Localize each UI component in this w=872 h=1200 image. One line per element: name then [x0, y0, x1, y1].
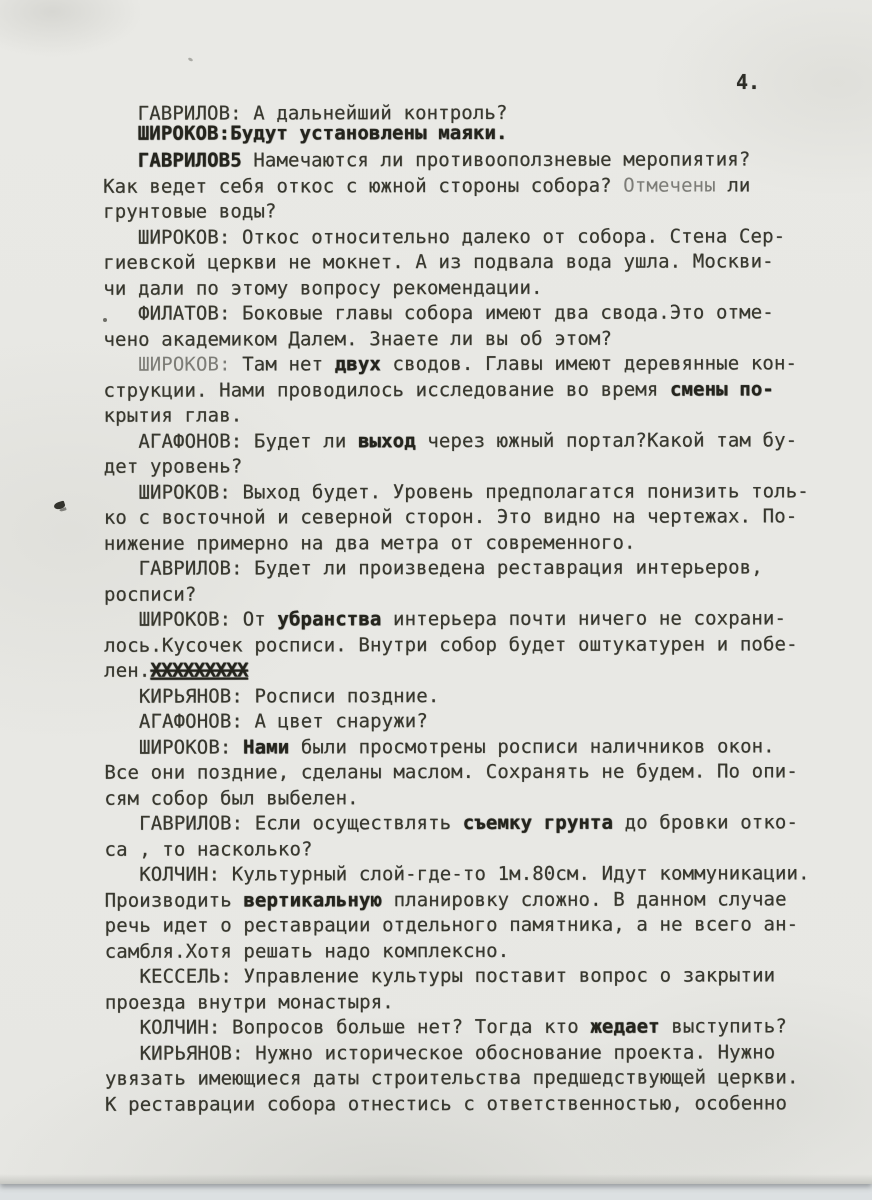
text-line: ко с восточной и северной сторон. Это ви…	[104, 504, 844, 531]
text-line: ШИРОКОВ:Будут установлены маяки.	[103, 120, 843, 147]
text-line: самбля.Хотя решать надо комплексно.	[105, 938, 845, 965]
text-line: АГАФОНОВ: Будет ли выход через южный пор…	[104, 428, 844, 455]
text-line: ШИРОКОВ: От убранства интерьера почти ни…	[104, 606, 844, 633]
text-segment: Производить	[105, 889, 244, 911]
page-number: 4.	[736, 70, 760, 94]
text-segment: АГАФОНОВ: А цвет снаружи?	[104, 710, 428, 733]
text-line: увязать имеющиеся даты строительства пре…	[105, 1065, 845, 1092]
text-segment: ХХХХХХХХХ	[150, 659, 248, 681]
text-line: са , то насколько?	[104, 836, 844, 863]
text-segment: нижение примерно на два метра от совреме…	[104, 531, 636, 554]
text-line: Производить вертикальную планировку слож…	[105, 887, 845, 914]
text-segment: ШИРОКОВ:	[138, 354, 231, 376]
text-segment: Как ведет себя откос с южной стороны соб…	[103, 174, 623, 197]
text-segment	[103, 122, 138, 144]
text-segment: Нами	[243, 736, 289, 758]
text-line: речь идет о реставрации отдельного памят…	[105, 912, 845, 939]
text-line: струкции. Нами проводилось исследование …	[104, 377, 844, 404]
text-segment: через южный портал?Какой там бу-	[416, 429, 797, 452]
text-segment: К реставрации собора отнестись с ответст…	[105, 1092, 787, 1115]
text-segment: АГАФОНОВ: Будет ли	[104, 430, 358, 453]
text-segment: выход	[358, 430, 416, 452]
text-line: КИРЬЯНОВ: Росписи поздние.	[104, 683, 844, 710]
text-line: ГАВРИЛОВ: Будет ли произведена реставрац…	[104, 555, 844, 582]
text-segment: Намечаются ли противооползневые меропият…	[242, 148, 751, 171]
ink-dot-artifact	[103, 318, 107, 322]
text-line: Как ведет себя откос с южной стороны соб…	[103, 173, 843, 200]
text-segment: съемку грунта	[463, 812, 613, 834]
text-segment: ГАВРИЛОВ: Если осуществлять	[104, 812, 462, 835]
text-segment: чи дали по этому вопросу рекомендации.	[103, 276, 542, 299]
text-segment: смены по-	[670, 378, 774, 400]
text-segment: сводов. Главы имеют деревянные кон-	[381, 352, 797, 375]
text-segment: Все они поздние, сделаны маслом. Сохраня…	[104, 760, 798, 783]
text-segment: ШИРОКОВ: Выход будет. Уровень предполага…	[104, 480, 809, 503]
text-segment: до бровки отко-	[613, 811, 798, 833]
text-segment: ШИРОКОВ:Будут установлены маяки.	[138, 121, 508, 144]
text-segment: струкции. Нами проводилось исследование …	[104, 378, 670, 401]
text-segment: планировку сложно. В данном случае	[382, 888, 787, 911]
text-segment: ШИРОКОВ: От	[104, 608, 277, 630]
text-segment: сям собор был выбелен.	[104, 787, 358, 810]
text-segment: были просмотрены росписи наличников окон…	[289, 735, 775, 758]
text-segment: КИРЬЯНОВ: Нужно историческое обоснование…	[105, 1041, 775, 1064]
text-line: ШИРОКОВ: Нами были просмотрены росписи н…	[104, 734, 844, 761]
text-segment: лось.Кусочек росписи. Внутри собор будет…	[104, 633, 798, 656]
text-segment: ГАВРИЛОВ: Будет ли произведена реставрац…	[104, 556, 763, 579]
text-line: гиевской церкви не мокнет. А из подвала …	[103, 249, 843, 276]
text-segment: КОЛЧИН: Вопросов больше нет? Тогда кто	[105, 1016, 591, 1039]
text-segment: крытия глав.	[104, 404, 243, 426]
text-segment: лен.	[104, 660, 150, 682]
text-line: ШИРОКОВ: Выход будет. Уровень предполага…	[104, 479, 844, 506]
text-line: росписи?	[104, 581, 844, 608]
text-line: КИРЬЯНОВ: Нужно историческое обоснование…	[105, 1040, 845, 1067]
text-segment: двух	[335, 353, 381, 375]
text-line: лось.Кусочек росписи. Внутри собор будет…	[104, 632, 844, 659]
text-segment: ФИЛАТОВ: Боковые главы собора имеют два …	[103, 301, 773, 324]
text-segment: ГАВРИЛОВ5	[138, 149, 242, 171]
text-segment: выступить?	[660, 1015, 787, 1037]
text-line: КЕССЕЛЬ: Управление культуры поставит во…	[105, 963, 845, 990]
text-segment: росписи?	[104, 583, 197, 605]
text-line: лен.ХХХХХХХХХ	[104, 657, 844, 684]
text-segment: са , то насколько?	[104, 838, 312, 860]
text-segment: гиевской церкви не мокнет. А из подвала …	[103, 250, 773, 273]
document-lines: ГАВРИЛОВ: А дальнейший контроль? ШИРОКОВ…	[103, 100, 845, 1118]
text-segment: вертикальную	[243, 889, 382, 911]
text-line: ШИРОКОВ: Откос относительно далеко от со…	[103, 224, 843, 251]
text-segment: ко с восточной и северной сторон. Это ви…	[104, 505, 798, 528]
text-segment: речь идет о реставрации отдельного памят…	[105, 913, 799, 936]
text-line: дет уровень?	[104, 453, 844, 480]
text-segment: интерьера почти ничего не сохрани-	[381, 607, 786, 630]
text-segment: Отмечены	[623, 174, 716, 196]
text-segment: Там нет	[231, 353, 335, 375]
text-segment: дет уровень?	[104, 455, 243, 477]
text-segment: ШИРОКОВ:	[104, 736, 243, 758]
text-segment: КЕССЕЛЬ: Управление культуры поставит во…	[105, 964, 775, 987]
text-line: Все они поздние, сделаны маслом. Сохраня…	[104, 759, 844, 786]
text-segment: проезда внутри монастыря.	[105, 991, 394, 1014]
text-line: ШИРОКОВ: Там нет двух сводов. Главы имею…	[103, 351, 843, 378]
text-segment: грунтовые воды?	[103, 200, 276, 222]
text-segment: самбля.Хотя решать надо комплексно.	[105, 939, 510, 962]
text-segment	[103, 354, 138, 376]
text-line: ГАВРИЛОВ5 Намечаются ли противооползневы…	[103, 147, 843, 174]
ink-blob-artifact	[53, 500, 66, 510]
text-line: крытия глав.	[104, 402, 844, 429]
text-segment: ли	[716, 174, 751, 196]
text-segment: жедает	[590, 1016, 659, 1038]
text-segment: КИРЬЯНОВ: Росписи поздние.	[104, 685, 439, 708]
text-line: проезда внутри монастыря.	[105, 989, 845, 1016]
text-segment: КОЛЧИН: Культурный слой-где-то 1м.80см. …	[105, 862, 810, 885]
text-line: сям собор был выбелен.	[104, 785, 844, 812]
paper-speck-artifact	[188, 57, 194, 62]
text-segment	[103, 150, 138, 172]
text-line: ФИЛАТОВ: Боковые главы собора имеют два …	[103, 300, 843, 327]
text-line: ГАВРИЛОВ: Если осуществлять съемку грунт…	[104, 810, 844, 837]
text-line: АГАФОНОВ: А цвет снаружи?	[104, 708, 844, 735]
text-segment: чено академиком Далем. Знаете ли вы об э…	[103, 327, 612, 350]
text-segment: увязать имеющиеся даты строительства пре…	[105, 1066, 799, 1089]
scanned-page: 4. ГАВРИЛОВ: А дальнейший контроль? ШИРО…	[0, 0, 872, 1184]
text-line: чи дали по этому вопросу рекомендации.	[103, 275, 843, 302]
text-segment: убранства	[277, 608, 381, 630]
text-line: К реставрации собора отнестись с ответст…	[105, 1091, 845, 1118]
text-line: грунтовые воды?	[103, 198, 843, 225]
text-line: чено академиком Далем. Знаете ли вы об э…	[103, 326, 843, 353]
text-segment: ШИРОКОВ: Откос относительно далеко от со…	[103, 225, 785, 248]
text-line: КОЛЧИН: Вопросов больше нет? Тогда кто ж…	[105, 1014, 845, 1041]
text-line: КОЛЧИН: Культурный слой-где-то 1м.80см. …	[105, 861, 845, 888]
text-line: нижение примерно на два метра от совреме…	[104, 530, 844, 557]
